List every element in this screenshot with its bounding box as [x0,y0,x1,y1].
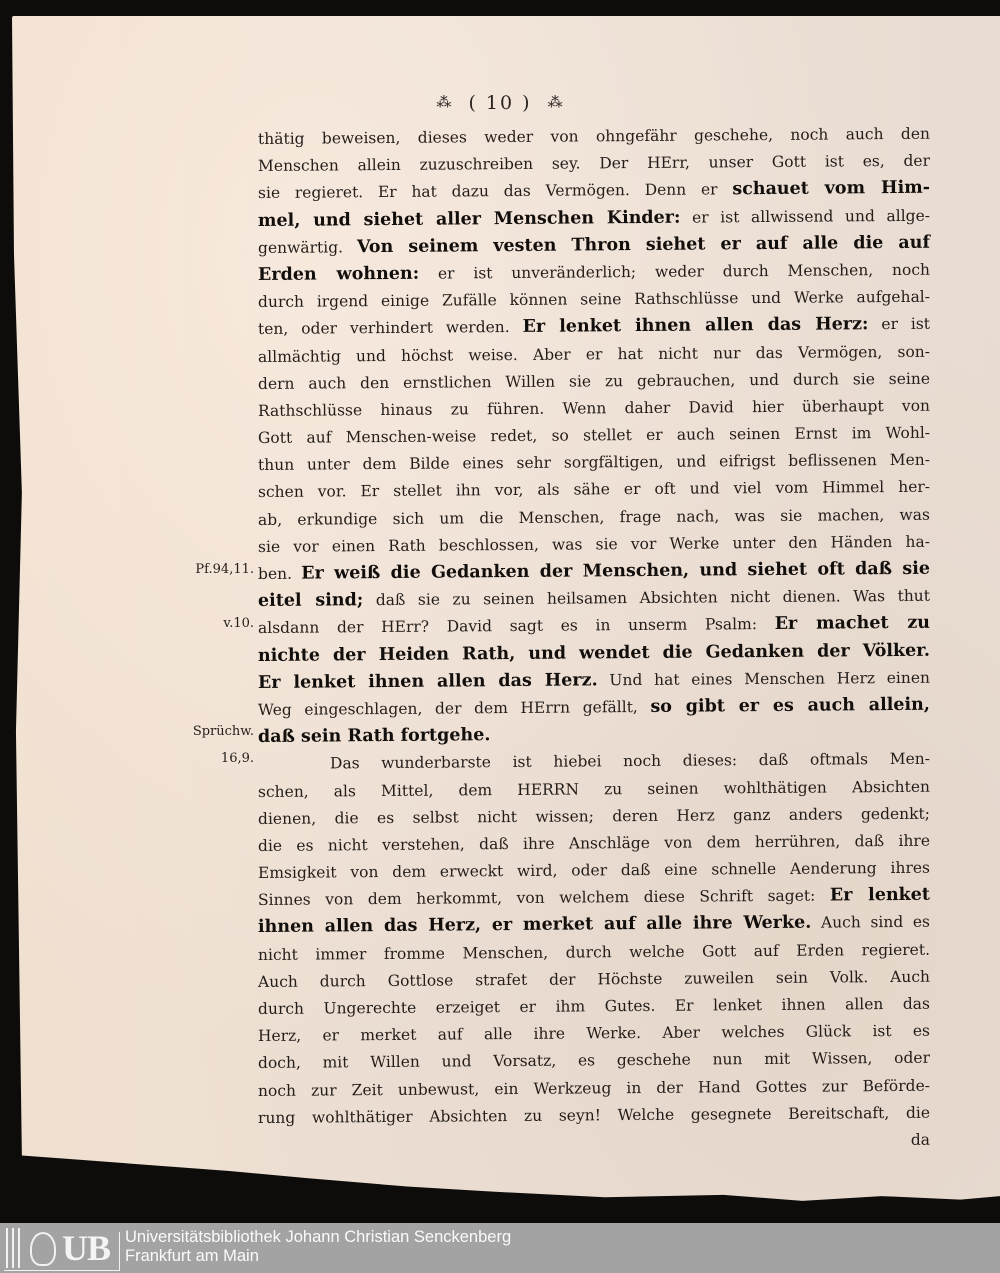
margin-reference: Sprüchw. [193,724,254,739]
line-text: Das wunderbarste ist hiebei noch dieses:… [330,750,930,773]
line-text: durch irgend einige Zufälle können seine… [258,288,930,311]
institution-line-2: Frankfurt am Main [125,1247,511,1266]
line-text: schen, als Mittel, dem HERRN zu seinen w… [258,777,930,800]
emphasized-text: mel, und siehet aller Menschen Kinder: [258,207,681,230]
emphasized-text: schauet vom Him- [732,178,930,200]
line-text: daß sie zu seinen heilsamen Absichten ni… [363,587,930,609]
margin-reference: Pf.94,11. [195,562,254,577]
line-text: doch, mit Willen und Vorsatz, es gescheh… [258,1049,930,1072]
line-text: da [911,1131,930,1149]
institution-line-1: Universitätsbibliothek Johann Christian … [125,1228,511,1247]
page-header: ⁂ ( 10 ) ⁂ [0,92,1000,114]
footer-bar: UB Universitätsbibliothek Johann Christi… [0,1223,1000,1273]
emphasized-text: Er lenket [830,885,930,906]
line-text: alsdann der HErr? David sagt es in unser… [258,615,775,637]
emphasized-text: Er lenket ihnen allen das Herz: [523,315,869,338]
line-text: ab, erkundige sich um die Menschen, frag… [258,505,930,528]
logo-divider [4,1270,120,1271]
portrait-icon [30,1232,56,1266]
line-text: Sinnes von dem herkommt, von welchem die… [258,887,830,909]
emphasized-text: nichte der Heiden Rath, und wendet die G… [258,640,930,665]
line-text: genwärtig. [258,238,357,257]
line-text: er ist allwissend und allge- [680,206,930,226]
line-text: Auch sind es [811,913,930,932]
line-text: er ist [868,315,930,333]
line-text: Gott auf Menschen-weise redet, so stelle… [258,424,930,447]
emphasized-text: Erden wohnen: [258,264,419,285]
line-text: dienen, die es selbst nicht wissen; dere… [258,804,930,827]
emphasized-text: Er machet zu [775,613,930,634]
page-number: ( 10 ) [468,92,531,114]
margin-reference: v.10. [223,616,254,631]
logo-text: UB [62,1228,110,1268]
line-text: sie regieret. Er hat dazu das Vermögen. … [258,181,732,203]
logo-divider-vertical [119,1232,120,1270]
line-text: allmächtig und höchst weise. Aber er hat… [258,342,930,365]
line-text: Weg eingeschlagen, der dem HErrn gefällt… [258,698,651,719]
line-text: schen vor. Er stellet ihn vor, als sähe … [258,478,930,501]
emphasized-text: Von seinem vesten Thron siehet er auf al… [357,232,930,257]
columns-icon [6,1228,28,1268]
emphasized-text: so gibt er es auch allein, [650,695,930,717]
line-text: ben. [258,565,301,583]
institution-name: Universitätsbibliothek Johann Christian … [125,1228,511,1266]
line-text: er ist unveränderlich; weder durch Mensc… [419,261,930,283]
line-text: Auch durch Gottlose strafet der Höchste … [258,968,930,991]
line-text: rung wohlthätiger Absichten zu seyn! Wel… [258,1103,930,1126]
emphasized-text: daß sein Rath fortgehe. [258,725,491,747]
line-text: ten, oder verhindert werden. [258,318,523,338]
emphasized-text: Er lenket ihnen allen das Herz. [258,670,598,693]
line-text: Rathschlüsse hinaus zu führen. Wenn dahe… [258,397,930,420]
line-text: Menschen allein zuzuschreiben sey. Der H… [258,152,930,175]
line-text: nicht immer fromme Menschen, durch welch… [258,940,930,963]
library-logo[interactable]: UB [4,1226,114,1270]
emphasized-text: Er weiß die Gedanken der Menschen, und s… [301,559,930,584]
line-text: noch zur Zeit unbewust, ein Werkzeug in … [258,1076,930,1099]
line-text: sie vor einen Rath beschlossen, was sie … [258,533,930,556]
line-text: Herz, er merket auf alle ihre Werke. Abe… [258,1022,930,1045]
line-text: thun unter dem Bilde eines sehr sorgfält… [258,451,930,474]
line-text: dern auch den ernstlichen Willen sie zu … [258,369,930,392]
ornament-left-icon: ⁂ [436,93,452,111]
line-text: die es nicht verstehen, daß ihre Anschlä… [258,832,930,855]
line-text: Emsigkeit von dem erweckt wird, oder daß… [258,859,930,882]
body-text: thätig beweisen, dieses weder von ohngef… [258,126,930,1159]
margin-reference: 16,9. [221,751,254,766]
ornament-right-icon: ⁂ [548,93,564,111]
line-text: durch Ungerechte erzeiget er ihm Gutes. … [258,995,930,1018]
line-text: thätig beweisen, dieses weder von ohngef… [258,125,930,148]
emphasized-text: ihnen allen das Herz, er merket auf alle… [258,913,812,937]
emphasized-text: eitel sind; [258,590,363,611]
text-line: da [258,1127,930,1159]
line-text: Und hat eines Menschen Herz einen [598,668,930,689]
